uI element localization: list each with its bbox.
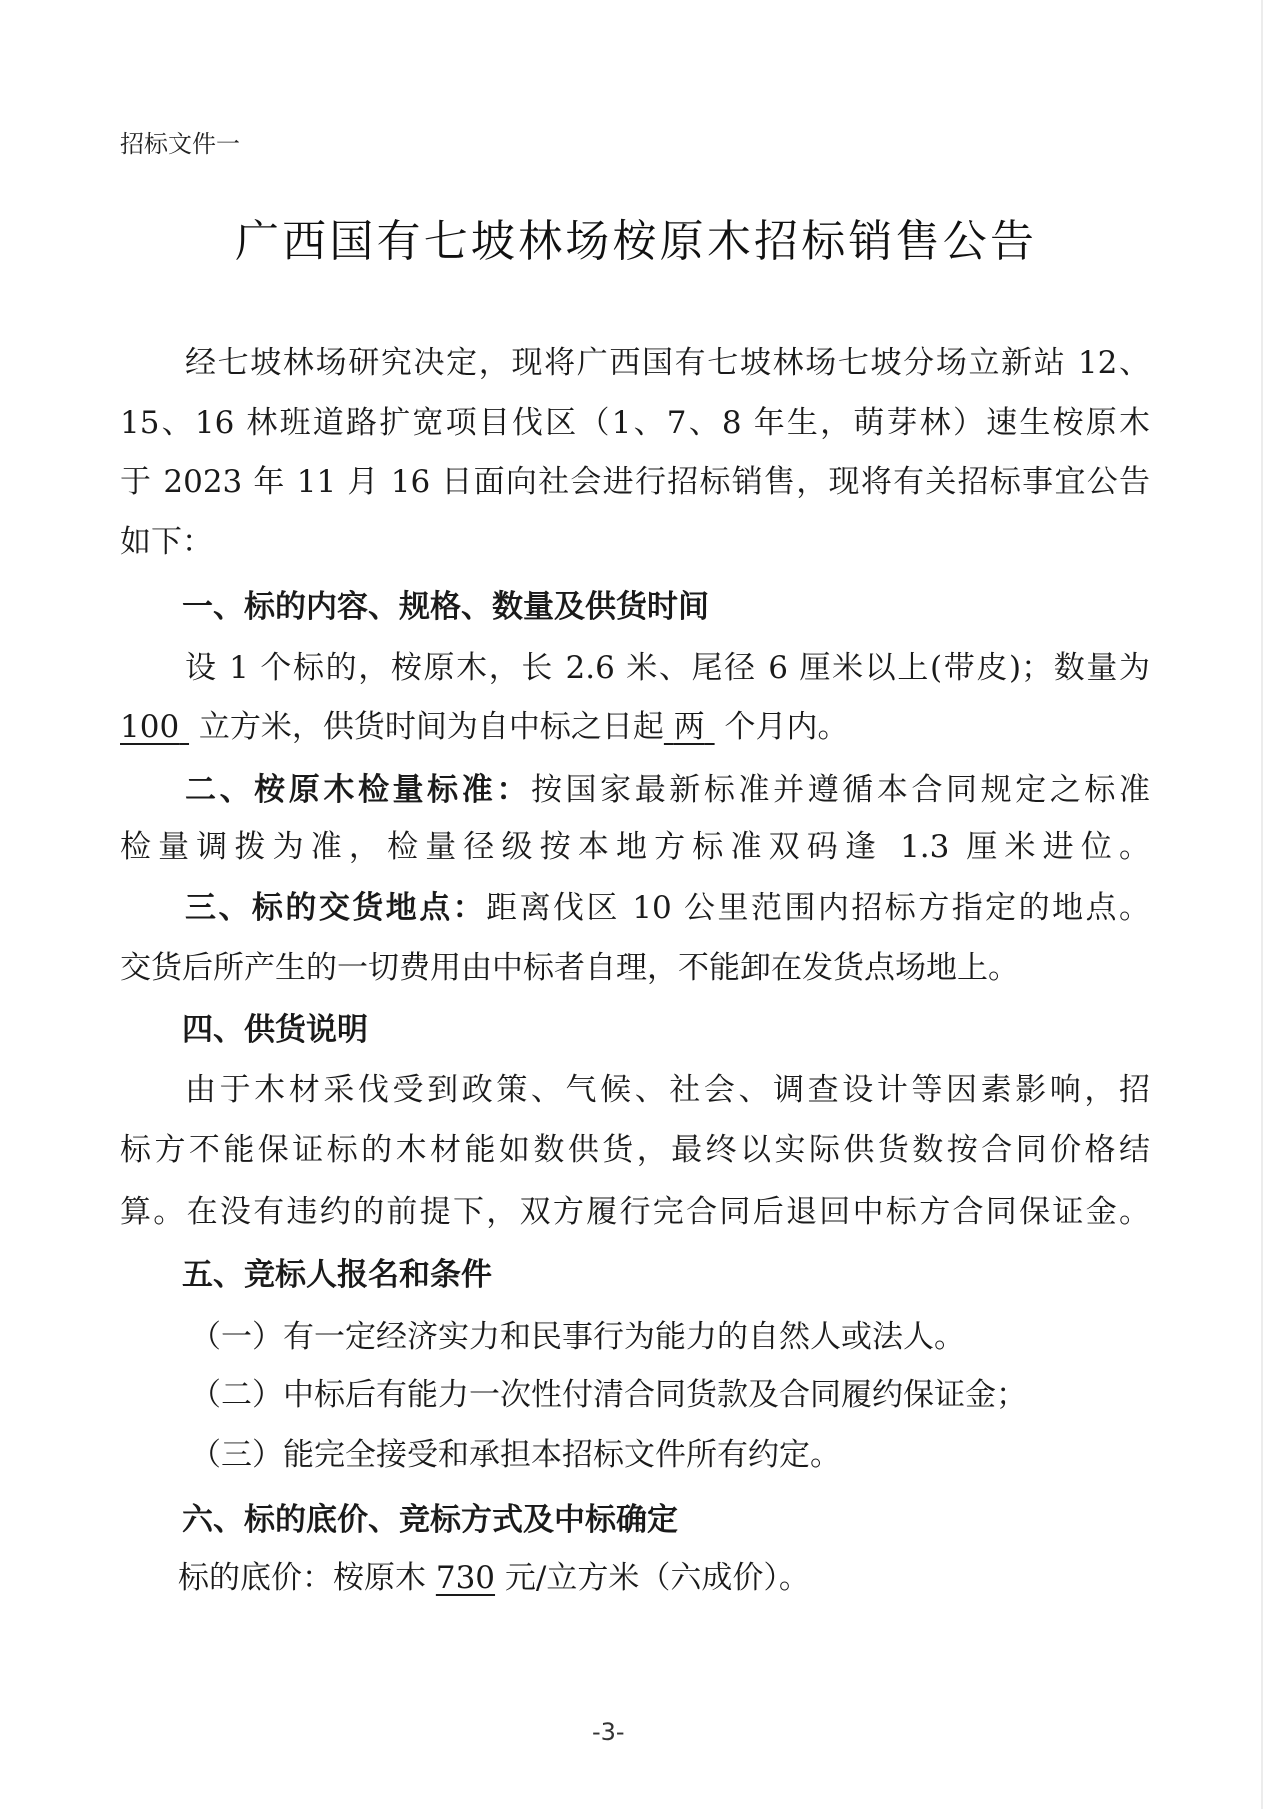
section-4-line-2: 标方不能保证标的木材能如数供货，最终以实际供货数按合同价格结: [120, 1130, 1150, 1170]
reserve-price-line: 标的底价：桉原木 730 元/立方米（六成价）。: [178, 1558, 810, 1598]
section-3-heading: 三、标的交货地点：: [185, 890, 486, 926]
page-title: 广西国有七坡林场桉原木招标销售公告: [235, 216, 1035, 268]
section-3-line-1: 三、标的交货地点：距离伐区 10 公里范围内招标方指定的地点。: [185, 888, 1150, 928]
section-4-line-1: 由于木材采伐受到政策、气候、社会、调查设计等因素影响，招: [185, 1070, 1150, 1110]
section-6-heading: 六、标的底价、竞标方式及中标确定: [182, 1500, 678, 1540]
page-number: -3-: [592, 1718, 625, 1746]
intro-line-3: 于 2023 年 11 月 16 日面向社会进行招标销售，现将有关招标事宜公告: [120, 462, 1150, 502]
supply-duration-value: 两: [674, 709, 705, 745]
condition-item-2: （二）中标后有能力一次性付清合同货款及合同履约保证金；: [190, 1375, 1027, 1415]
section-2-line-1: 二、桉原木检量标准：按国家最新标准并遵循本合同规定之标准: [185, 770, 1150, 810]
intro-line-4: 如下：: [120, 522, 213, 562]
section-2-heading: 二、桉原木检量标准：: [185, 772, 531, 808]
quantity-value: 100: [120, 709, 179, 745]
intro-line-1: 经七坡林场研究决定，现将广西国有七坡林场七坡分场立新站 12、: [185, 343, 1150, 383]
page-edge: [1261, 0, 1263, 1809]
intro-line-2: 15、16 林班道路扩宽项目伐区（1、7、8 年生，萌芽林）速生桉原木: [120, 403, 1150, 443]
section-1-line-2: 100 立方米，供货时间为自中标之日起 两 个月内。: [120, 707, 848, 747]
section-1-line-1: 设 1 个标的，桉原木，长 2.6 米、尾径 6 厘米以上(带皮)；数量为: [185, 648, 1150, 688]
condition-item-1: （一）有一定经济实力和民事行为能力的自然人或法人。: [190, 1317, 965, 1357]
section-1-heading: 一、标的内容、规格、数量及供货时间: [182, 587, 709, 627]
section-5-heading: 五、竞标人报名和条件: [182, 1255, 492, 1295]
section-3-line-2: 交货后所产生的一切费用由中标者自理，不能卸在发货点场地上。: [120, 948, 1019, 988]
section-2-line-2: 检量调拨为准，检量径级按本地方标准双码逢 1.3 厘米进位。: [120, 827, 1150, 867]
condition-item-3: （三）能完全接受和承担本招标文件所有约定。: [190, 1435, 841, 1475]
section-4-line-3: 算。在没有违约的前提下，双方履行完合同后退回中标方合同保证金。: [120, 1192, 1150, 1232]
document-header-label: 招标文件一: [120, 124, 240, 159]
section-4-heading: 四、供货说明: [182, 1010, 368, 1050]
reserve-price-value: 730: [436, 1560, 495, 1596]
